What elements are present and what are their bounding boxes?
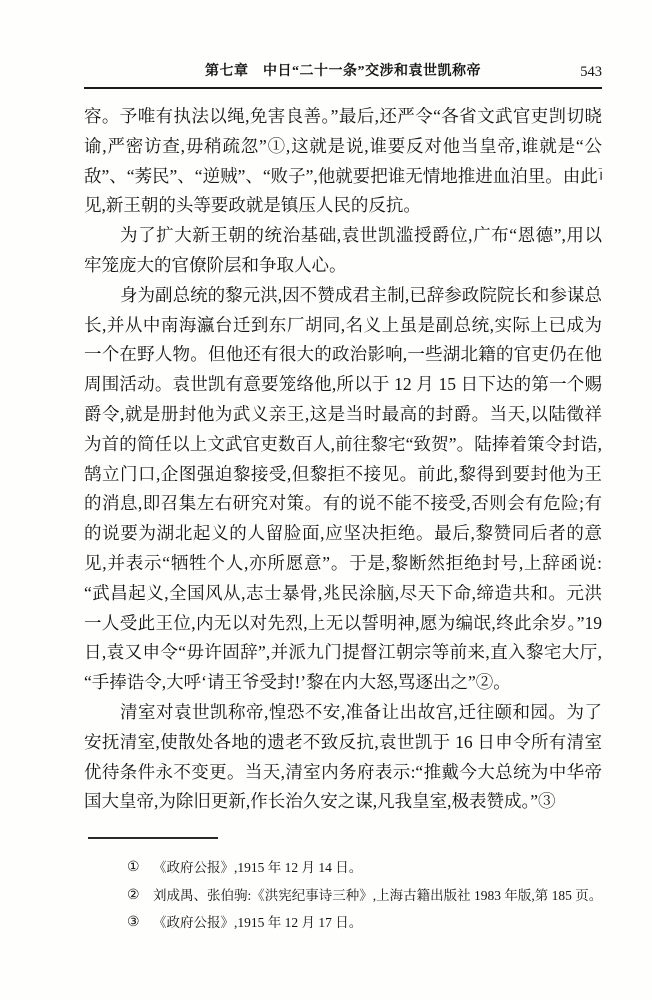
footnote-divider (88, 837, 218, 839)
footnote-text: 《政府公报》,1915 年 12 月 14 日。 (153, 854, 605, 882)
text-line: 一人受此王位,内无以对先烈,上无以誓明神,愿为编氓,终此余岁。”19 (84, 609, 602, 639)
page-number: 543 (580, 60, 602, 84)
text-line: 周围活动。袁世凯有意要笼络他,所以于 12 月 15 日下达的第一个赐 (84, 370, 602, 400)
text-line: 安抚清室,使散处各地的遗老不致反抗,袁世凯于 16 日申令所有清室 (84, 728, 602, 758)
footnote: ③ 《政府公报》,1915 年 12 月 17 日。 (127, 909, 605, 937)
page-header: 第七章 中日“二十一条”交涉和袁世凯称帝 543 (84, 60, 602, 84)
text-line: 爵令,就是册封他为武义亲王,这是当时最高的封爵。当天,以陆徵祥 (84, 400, 602, 430)
text-line: “手捧诰令,大呼‘请王爷受封!’黎在内大怒,骂逐出之”②。 (84, 668, 602, 698)
footnote-marker: ① (127, 854, 153, 882)
text-line: “武昌起义,全国风从,志士暴骨,兆民涂脑,尽天下命,缔造共和。元洪 (84, 579, 602, 609)
book-page: 第七章 中日“二十一条”交涉和袁世凯称帝 543 容。予唯有执法以绳,免害良善。… (0, 0, 652, 1000)
text-line: 身为副总统的黎元洪,因不赞成君主制,已辞参政院院长和参谋总 (84, 281, 602, 311)
footnote-marker: ③ (127, 909, 153, 937)
text-line: 清室对袁世凯称帝,惶恐不安,准备让出故宫,迁往颐和园。为了 (84, 698, 602, 728)
running-title: 第七章 中日“二十一条”交涉和袁世凯称帝 (84, 60, 602, 84)
text-line: 的消息,即召集左右研究对策。有的说不能不接受,否则会有危险;有 (84, 489, 602, 519)
text-line: 鹄立门口,企图强迫黎接受,但黎拒不接见。前此,黎得到要封他为王 (84, 460, 602, 490)
footnote: ② 刘成禺、张伯驹:《洪宪纪事诗三种》,上海古籍出版社 1983 年版,第 18… (127, 882, 605, 910)
text-line: 见,新王朝的头等要政就是镇压人民的反抗。 (84, 191, 602, 221)
text-line: 为首的简任以上文武官吏数百人,前往黎宅“致贺”。陆捧着策令封诰, (84, 430, 602, 460)
text-line: 优待条件永不变更。当天,清室内务府表示:“推戴今大总统为中华帝 (84, 758, 602, 788)
text-line: 容。予唯有执法以绳,免害良善。”最后,还严令“各省文武官吏剀切晓 (84, 102, 602, 132)
text-line: 一个在野人物。但他还有很大的政治影响,一些湖北籍的官吏仍在他 (84, 340, 602, 370)
footnote: ① 《政府公报》,1915 年 12 月 14 日。 (127, 854, 605, 882)
body-text: 容。予唯有执法以绳,免害良善。”最后,还严令“各省文武官吏剀切晓 谕,严密访查,… (84, 102, 602, 817)
text-line: 见,并表示“牺牲个人,亦所愿意”。于是,黎断然拒绝封号,上辞函说: (84, 549, 602, 579)
text-line: 日,袁又申令“毋许固辞”,并派九门提督江朝宗等前来,直入黎宅大厅, (84, 638, 602, 668)
footnotes: ① 《政府公报》,1915 年 12 月 14 日。 ② 刘成禺、张伯驹:《洪宪… (127, 854, 605, 937)
text-line: 谕,严密访查,毋稍疏忽”①,这就是说,谁要反对他当皇帝,谁就是“公 (84, 132, 602, 162)
text-line: 的说要为湖北起义的人留脸面,应坚决拒绝。最后,黎赞同后者的意 (84, 519, 602, 549)
text-line: 国大皇帝,为除旧更新,作长治久安之谋,凡我皇室,极表赞成。”③ (84, 787, 602, 817)
footnote-text: 《政府公报》,1915 年 12 月 17 日。 (153, 909, 605, 937)
text-line: 敌”、“莠民”、“逆贼”、“败子”,他就要把谁无情地推进血泊里。由此可 (84, 162, 602, 192)
footnote-marker: ② (127, 882, 153, 910)
footnote-text: 刘成禺、张伯驹:《洪宪纪事诗三种》,上海古籍出版社 1983 年版,第 185 … (153, 882, 605, 910)
text-line: 牢笼庞大的官僚阶层和争取人心。 (84, 251, 602, 281)
text-line: 为了扩大新王朝的统治基础,袁世凯滥授爵位,广布“恩德”,用以 (84, 221, 602, 251)
text-line: 长,并从中南海瀛台迁到东厂胡同,名义上虽是副总统,实际上已成为 (84, 311, 602, 341)
header-rule (84, 87, 602, 89)
